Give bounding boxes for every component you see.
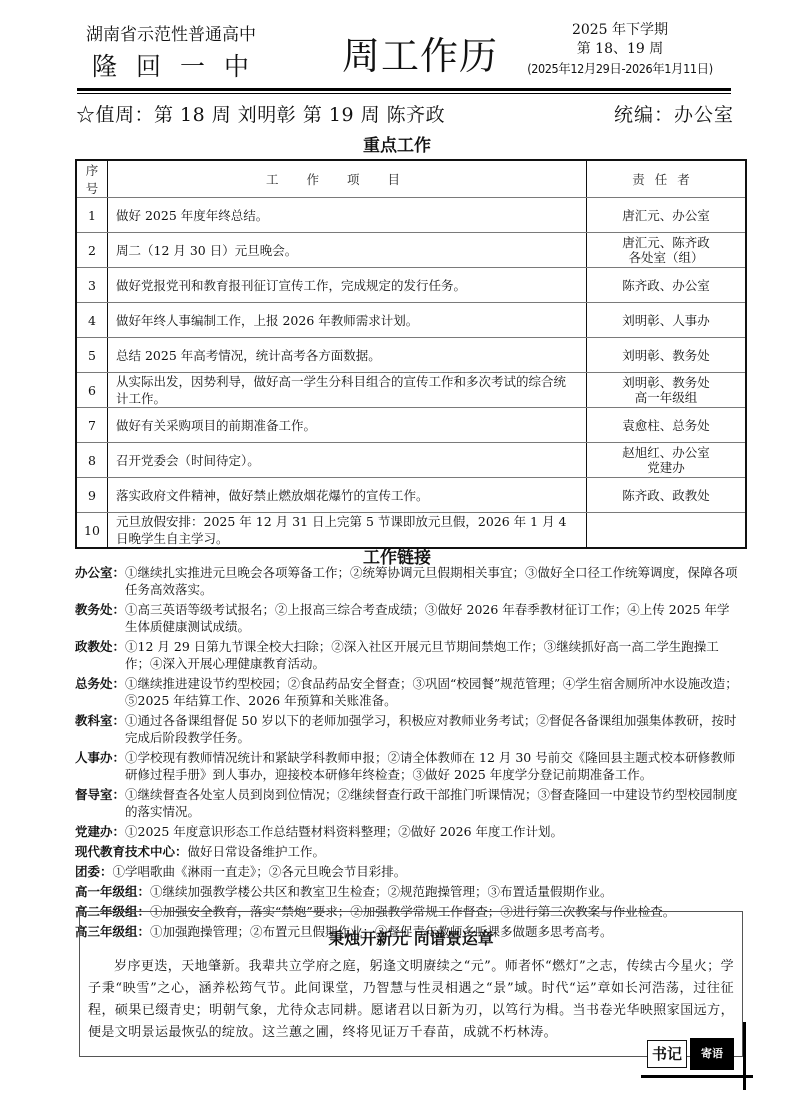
row-task: 做好有关采购项目的前期准备工作。 (108, 408, 587, 443)
row-owner: 赵旭红、办公室党建办 (587, 443, 747, 478)
table-row: 8召开党委会（时间待定）。赵旭红、办公室党建办 (76, 443, 746, 478)
header-rule-thick (77, 88, 731, 91)
page-title: 周工作历 (342, 25, 498, 80)
table-row: 3做好党报党刊和教育报刊征订宣传工作，完成规定的发行任务。陈齐政、办公室 (76, 268, 746, 303)
school-name: 隆回一中 (92, 47, 268, 83)
dept-tasks: ①继续督查各处室人员到岗到位情况；②继续督查行政干部推门听课情况；③督查隆回一中… (125, 786, 740, 820)
term-info: 2025 年下学期 第 18、19 周 (2025年12月29日-2026年1月… (505, 21, 735, 78)
row-task: 做好党报党刊和教育报刊征订宣传工作，完成规定的发行任务。 (108, 268, 587, 303)
dept-tasks: 做好日常设备维护工作。 (188, 843, 740, 860)
row-owner: 陈齐政、办公室 (587, 268, 747, 303)
dept-label: 办公室： (75, 564, 125, 598)
table-row: 5总结 2025 年高考情况，统计高考各方面数据。刘明彰、教务处 (76, 338, 746, 373)
row-number: 9 (76, 478, 108, 513)
row-task: 做好 2025 年度年终总结。 (108, 198, 587, 233)
dept-label: 政教处： (75, 638, 125, 672)
row-task: 召开党委会（时间待定）。 (108, 443, 587, 478)
row-number: 3 (76, 268, 108, 303)
list-item: 教科室：①通过各备课组督促 50 岁以下的老师加强学习，积极应对教师业务考试；②… (75, 712, 740, 746)
dept-label: 团委： (75, 863, 113, 880)
dept-tasks: ①12 月 29 日第九节课全校大扫除；②深入社区开展元旦节期间禁炮工作；③继续… (125, 638, 740, 672)
row-owner: 陈齐政、政教处 (587, 478, 747, 513)
dept-tasks: ①高三英语等级考试报名；②上报高三综合考查成绩；③做好 2026 年春季教材征订… (125, 601, 740, 635)
row-number: 8 (76, 443, 108, 478)
row-owner: 刘明彰、人事办 (587, 303, 747, 338)
row-task: 周二（12 月 30 日）元旦晚会。 (108, 233, 587, 268)
col-header-no: 序号 (76, 160, 108, 198)
col-header-owner: 责任者 (587, 160, 747, 198)
date-range: (2025年12月29日-2026年1月11日) (505, 59, 735, 78)
term-label: 2025 年下学期 (505, 21, 735, 40)
work-links-list: 办公室：①继续扎实推进元旦晚会各项筹备工作；②统筹协调元旦假期相关事宜；③做好全… (75, 564, 740, 943)
row-owner: 袁愈柱、总务处 (587, 408, 747, 443)
dept-label: 高一年级组： (75, 883, 150, 900)
row-number: 7 (76, 408, 108, 443)
header-rule-thin (77, 93, 731, 94)
badge-horizontal-rule (641, 1075, 753, 1078)
dept-tasks: ①继续扎实推进元旦晚会各项筹备工作；②统筹协调元旦假期相关事宜；③做好全口径工作… (125, 564, 740, 598)
row-task: 做好年终人事编制工作，上报 2026 年教师需求计划。 (108, 303, 587, 338)
row-task: 总结 2025 年高考情况，统计高考各方面数据。 (108, 338, 587, 373)
essay-box: 秉烛开新元 同谱景运章 岁序更迭，天地肇新。我辈共立学府之庭，躬逢文明赓续之“元… (79, 911, 743, 1057)
list-item: 政教处：①12 月 29 日第九节课全校大扫除；②深入社区开展元旦节期间禁炮工作… (75, 638, 740, 672)
list-item: 党建办：①2025 年度意识形态工作总结暨材料资料整理；②做好 2026 年度工… (75, 823, 740, 840)
dept-label: 人事办： (75, 749, 125, 783)
row-number: 2 (76, 233, 108, 268)
dept-label: 教务处： (75, 601, 125, 635)
dept-label: 党建办： (75, 823, 125, 840)
list-item: 督导室：①继续督查各处室人员到岗到位情况；②继续督查行政干部推门听课情况；③督查… (75, 786, 740, 820)
editor-line: 统编：办公室 (614, 100, 734, 127)
dept-label: 教科室： (75, 712, 125, 746)
list-item: 办公室：①继续扎实推进元旦晚会各项筹备工作；②统筹协调元旦假期相关事宜；③做好全… (75, 564, 740, 598)
essay-body: 岁序更迭，天地肇新。我辈共立学府之庭，躬逢文明赓续之“元”。师者怀“燃灯”之志，… (88, 956, 734, 1044)
row-task: 从实际出发，因势利导，做好高一学生分科目组合的宣传工作和多次考试的综合统计工作。 (108, 373, 587, 408)
table-header-row: 序号 工作项目 责任者 (76, 160, 746, 198)
dept-tasks: ①学校现有教师情况统计和紧缺学科教师申报；②请全体教师在 12 月 30 号前交… (125, 749, 740, 783)
dept-tasks: ①通过各备课组督促 50 岁以下的老师加强学习，积极应对教师业务考试；②督促各备… (125, 712, 740, 746)
row-owner: 唐汇元、陈齐政各处室（组） (587, 233, 747, 268)
list-item: 团委：①学唱歌曲《淋雨一直走》；②各元旦晚会节目彩排。 (75, 863, 740, 880)
list-item: 人事办：①学校现有教师情况统计和紧缺学科教师申报；②请全体教师在 12 月 30… (75, 749, 740, 783)
essay-title: 秉烛开新元 同谱景运章 (80, 926, 742, 949)
weeks-label: 第 18、19 周 (505, 40, 735, 59)
row-owner: 刘明彰、教务处 (587, 338, 747, 373)
badge-message: 寄语 (690, 1038, 734, 1070)
dept-tasks: ①2025 年度意识形态工作总结暨材料资料整理；②做好 2026 年度工作计划。 (125, 823, 740, 840)
list-item: 总务处：①继续推进建设节约型校园；②食品药品安全督查；③巩固“校园餐”规范管理；… (75, 675, 740, 709)
duty-week-line: ☆值周：第 18 周 刘明彰 第 19 周 陈齐政 (76, 100, 445, 127)
badge-vertical-rule (743, 1022, 746, 1090)
dept-label: 督导室： (75, 786, 125, 820)
table-row: 6从实际出发，因势利导，做好高一学生分科目组合的宣传工作和多次考试的综合统计工作… (76, 373, 746, 408)
dept-tasks: ①继续加强教学楼公共区和教室卫生检查；②规范跑操管理；③布置适量假期作业。 (150, 883, 740, 900)
table-row: 7做好有关采购项目的前期准备工作。袁愈柱、总务处 (76, 408, 746, 443)
list-item: 现代教育技术中心：做好日常设备维护工作。 (75, 843, 740, 860)
dept-tasks: ①学唱歌曲《淋雨一直走》；②各元旦晚会节目彩排。 (113, 863, 740, 880)
row-owner: 刘明彰、教务处高一年级组 (587, 373, 747, 408)
row-number: 1 (76, 198, 108, 233)
key-work-title: 重点工作 (0, 131, 794, 156)
table-row: 4做好年终人事编制工作，上报 2026 年教师需求计划。刘明彰、人事办 (76, 303, 746, 338)
dept-label: 总务处： (75, 675, 125, 709)
row-number: 5 (76, 338, 108, 373)
badge-secretary: 书记 (647, 1040, 687, 1068)
table-row: 1做好 2025 年度年终总结。唐汇元、办公室 (76, 198, 746, 233)
col-header-task: 工作项目 (108, 160, 587, 198)
table-row: 2周二（12 月 30 日）元旦晚会。唐汇元、陈齐政各处室（组） (76, 233, 746, 268)
list-item: 教务处：①高三英语等级考试报名；②上报高三综合考查成绩；③做好 2026 年春季… (75, 601, 740, 635)
row-number: 6 (76, 373, 108, 408)
row-owner: 唐汇元、办公室 (587, 198, 747, 233)
table-row: 9落实政府文件精神，做好禁止燃放烟花爆竹的宣传工作。陈齐政、政教处 (76, 478, 746, 513)
row-task: 落实政府文件精神，做好禁止燃放烟花爆竹的宣传工作。 (108, 478, 587, 513)
row-number: 4 (76, 303, 108, 338)
dept-label: 现代教育技术中心： (75, 843, 188, 860)
school-subtitle: 湖南省示范性普通高中 (86, 20, 256, 45)
key-work-table: 序号 工作项目 责任者 1做好 2025 年度年终总结。唐汇元、办公室2周二（1… (75, 159, 747, 549)
list-item: 高一年级组：①继续加强教学楼公共区和教室卫生检查；②规范跑操管理；③布置适量假期… (75, 883, 740, 900)
dept-tasks: ①继续推进建设节约型校园；②食品药品安全督查；③巩固“校园餐”规范管理；④学生宿… (125, 675, 740, 709)
